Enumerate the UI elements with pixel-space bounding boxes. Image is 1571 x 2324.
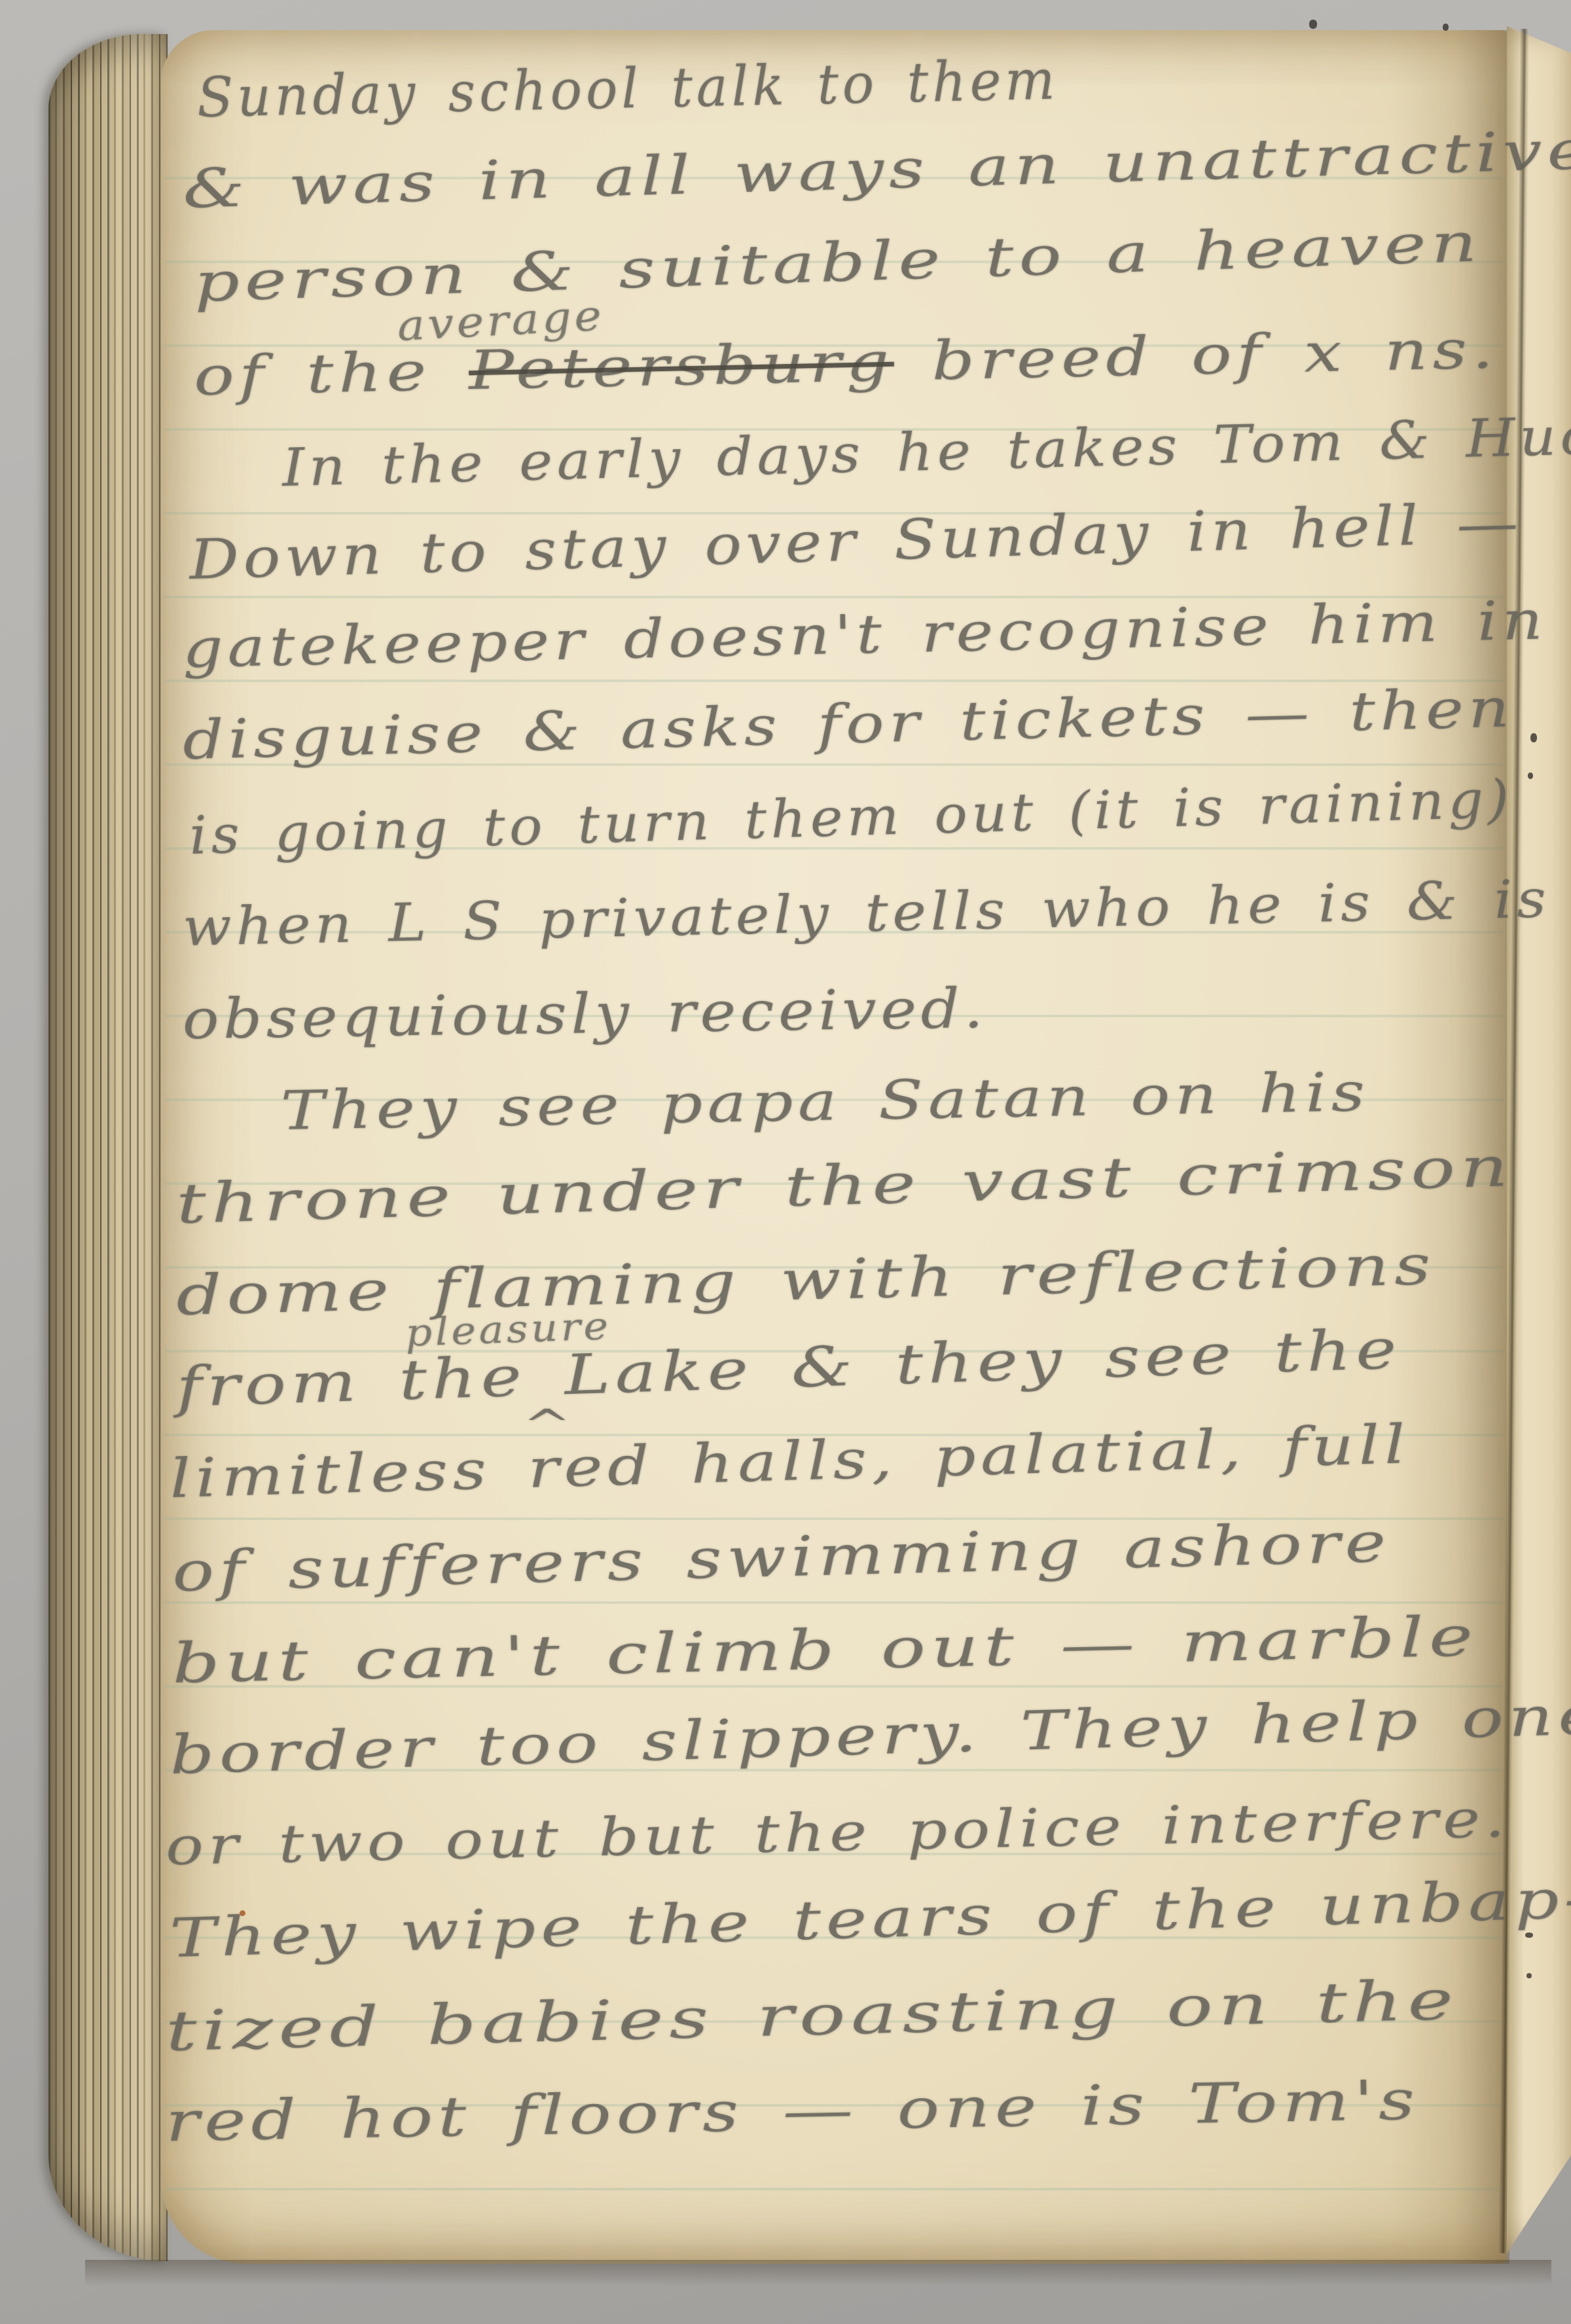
handwriting-line: red hot floors — one is Tom's xyxy=(165,2068,1420,2154)
handwriting-line: obsequiously received. xyxy=(182,976,988,1051)
handwriting-line: when L S privately tells who he is & is xyxy=(182,868,1551,958)
handwriting-line: Down to stay over Sunday in hell — xyxy=(189,490,1523,592)
handwriting-line: They wipe the tears of the unbap- xyxy=(169,1868,1571,1970)
handwriting-line: from the Lake & they see the xyxy=(175,1316,1402,1419)
handwriting-line: of the Petersburg breed of x ns. xyxy=(193,318,1498,408)
line-segment: breed of x ns. xyxy=(894,318,1499,393)
line-segment: of the xyxy=(193,340,469,408)
paper-fleck xyxy=(1530,733,1537,742)
paper-fleck xyxy=(1443,24,1449,31)
handwriting-line: disguise & asks for tickets — then xyxy=(182,677,1515,772)
paper-fleck xyxy=(1526,1973,1532,1978)
handwriting-line: & was in all ways an unattractive xyxy=(182,119,1571,221)
handwriting-line: Sunday school talk to them xyxy=(196,47,1059,130)
handwriting-line: They see papa Satan on his xyxy=(280,1061,1370,1142)
notebook-photo: Sunday school talk to them & was in all … xyxy=(0,0,1571,2324)
handwriting-line: dome flaming with reflections xyxy=(175,1233,1436,1328)
handwriting-line: or two out but the police interfere. xyxy=(165,1788,1510,1877)
strikethrough-word: Petersburg xyxy=(468,331,895,403)
handwriting-line: is going to turn them out (it is raining… xyxy=(189,769,1514,866)
paper-fleck xyxy=(1528,772,1533,779)
rust-speck xyxy=(240,1910,245,1916)
handwriting-line: limitless red halls, palatial, full xyxy=(169,1413,1411,1510)
handwriting-line: border too slippery. They help one xyxy=(169,1684,1571,1787)
handwritten-text: Sunday school talk to them & was in all … xyxy=(0,0,1571,2324)
handwriting-line: In the early days he takes Tom & Huck xyxy=(281,405,1571,498)
handwriting-line: of sufferers swimming ashore xyxy=(172,1510,1392,1604)
paper-fleck xyxy=(1309,20,1317,29)
paper-fleck xyxy=(1525,1933,1533,1938)
handwriting-line: throne under the vast crimson xyxy=(175,1135,1514,1236)
handwriting-line: but can't climb out — marble xyxy=(172,1604,1479,1696)
handwriting-line: tized babies roasting on the xyxy=(165,1968,1459,2063)
handwriting-line: person & suitable to a heaven xyxy=(193,211,1483,314)
handwriting-line: gatekeeper doesn't recognise him in xyxy=(182,589,1547,680)
